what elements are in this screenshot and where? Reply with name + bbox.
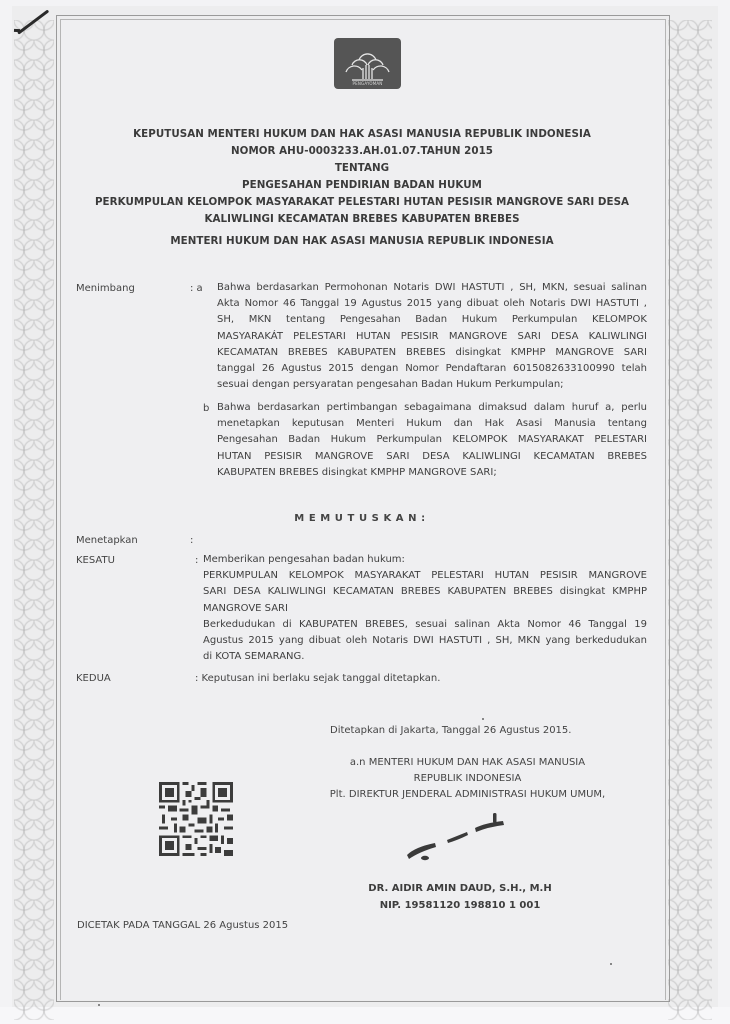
kesatu-line: Agustus 2015 yang dibuat oleh Notaris DW… <box>203 633 647 649</box>
kesatu-line: SARI DESA KALIWLINGI KECAMATAN BREBES KA… <box>203 584 647 600</box>
left-ornamental-border <box>14 20 54 1020</box>
printed-date: DICETAK PADA TANGGAL 26 Agustus 2015 <box>77 920 288 931</box>
kesatu-label: KESATU <box>76 555 115 566</box>
consideration-b-line: Pengesahan Badan Hukum Perkumpulan KELOM… <box>217 432 647 448</box>
signatory-nip: NIP. 19581120 198810 1 001 <box>330 900 590 911</box>
consideration-b-line: KABUPATEN BREBES disingkat KMPHP MANGROV… <box>217 465 647 481</box>
consideration-a-line: Bahwa berdasarkan Permohonan Notaris DWI… <box>217 280 647 296</box>
menimbang-label: Menimbang <box>76 283 135 294</box>
scan-speck <box>482 718 484 720</box>
decree-subject: PENGESAHAN PENDIRIAN BADAN HUKUM <box>60 179 664 191</box>
organization-name-line1: PERKUMPULAN KELOMPOK MASYARAKAT PELESTAR… <box>60 196 664 208</box>
kedua-label: KEDUA <box>76 673 111 684</box>
consideration-a-line: Akta Nomor 46 Tanggal 19 Agustus 2015 ya… <box>217 296 647 312</box>
signatory-name: DR. AIDIR AMIN DAUD, S.H., M.H <box>330 883 590 894</box>
kesatu-line: Berkedudukan di KABUPATEN BREBES, sesuai… <box>203 617 647 633</box>
item-a-marker: : a <box>190 283 203 294</box>
logo-caption: PENGAYOMAN <box>334 81 401 86</box>
consideration-b-line: Bahwa berdasarkan pertimbangan sebagaima… <box>217 400 647 416</box>
place-and-date: Ditetapkan di Jakarta, Tanggal 26 Agustu… <box>330 725 630 736</box>
decree-about: TENTANG <box>60 162 664 174</box>
kesatu-line: di KOTA SEMARANG. <box>203 649 647 665</box>
consideration-a-line: tanggal 26 Agustus 2015 dengan Nomor Pen… <box>217 361 647 377</box>
kesatu-line: MANGROVE SARI <box>203 601 647 617</box>
kesatu-text: Memberikan pengesahan badan hukum: PERKU… <box>203 552 647 665</box>
consideration-a: Bahwa berdasarkan Permohonan Notaris DWI… <box>217 280 647 393</box>
consideration-a-line: SH, MKN tentang Pengesahan Badan Hukum P… <box>217 312 647 328</box>
kedua-text: : Keputusan ini berlaku sejak tanggal di… <box>195 673 440 684</box>
on-behalf-line1: a.n MENTERI HUKUM DAN HAK ASASI MANUSIA <box>300 757 635 768</box>
handwritten-signature-icon <box>405 805 535 865</box>
decree-number: NOMOR AHU-0003233.AH.01.07.TAHUN 2015 <box>60 145 664 157</box>
right-ornamental-border <box>668 20 712 1020</box>
kesatu-line: Memberikan pengesahan badan hukum: <box>203 552 647 568</box>
consideration-b-line: menetapkan keputusan Menteri Hukum dan H… <box>217 416 647 432</box>
kesatu-line: PERKUMPULAN KELOMPOK MASYARAKAT PELESTAR… <box>203 568 647 584</box>
consideration-b: Bahwa berdasarkan pertimbangan sebagaima… <box>217 400 647 481</box>
issuing-authority: MENTERI HUKUM DAN HAK ASASI MANUSIA REPU… <box>60 235 664 247</box>
consideration-a-line: KECAMATAN BREBES KABUPATEN BREBES dising… <box>217 345 647 361</box>
memutuskan-heading: MEMUTUSKAN: <box>60 513 664 524</box>
menetapkan-colon: : <box>190 535 193 546</box>
consideration-a-line: MASYARAKÁT PELESTARI HUTAN PESISIR MANGR… <box>217 329 647 345</box>
decree-title: KEPUTUSAN MENTERI HUKUM DAN HAK ASASI MA… <box>60 128 664 140</box>
consideration-b-line: HUTAN PESISIR MANGROVE SARI DESA KALIWLI… <box>217 449 647 465</box>
pengayoman-logo: PENGAYOMAN <box>334 38 401 89</box>
menetapkan-label: Menetapkan <box>76 535 138 546</box>
item-b-marker: b <box>203 403 209 414</box>
on-behalf-line2: REPUBLIK INDONESIA <box>300 773 635 784</box>
kesatu-colon: : <box>195 555 198 566</box>
scan-speck <box>610 963 612 965</box>
organization-name-line2: KALIWLINGI KECAMATAN BREBES KABUPATEN BR… <box>60 213 664 225</box>
signatory-position: Plt. DIREKTUR JENDERAL ADMINISTRASI HUKU… <box>300 789 635 800</box>
qr-code-icon <box>159 782 233 856</box>
consideration-a-line: sesuai dengan persyaratan pengesahan Bad… <box>217 377 647 393</box>
scan-speck <box>98 1004 100 1006</box>
scan-margin <box>0 1007 730 1024</box>
